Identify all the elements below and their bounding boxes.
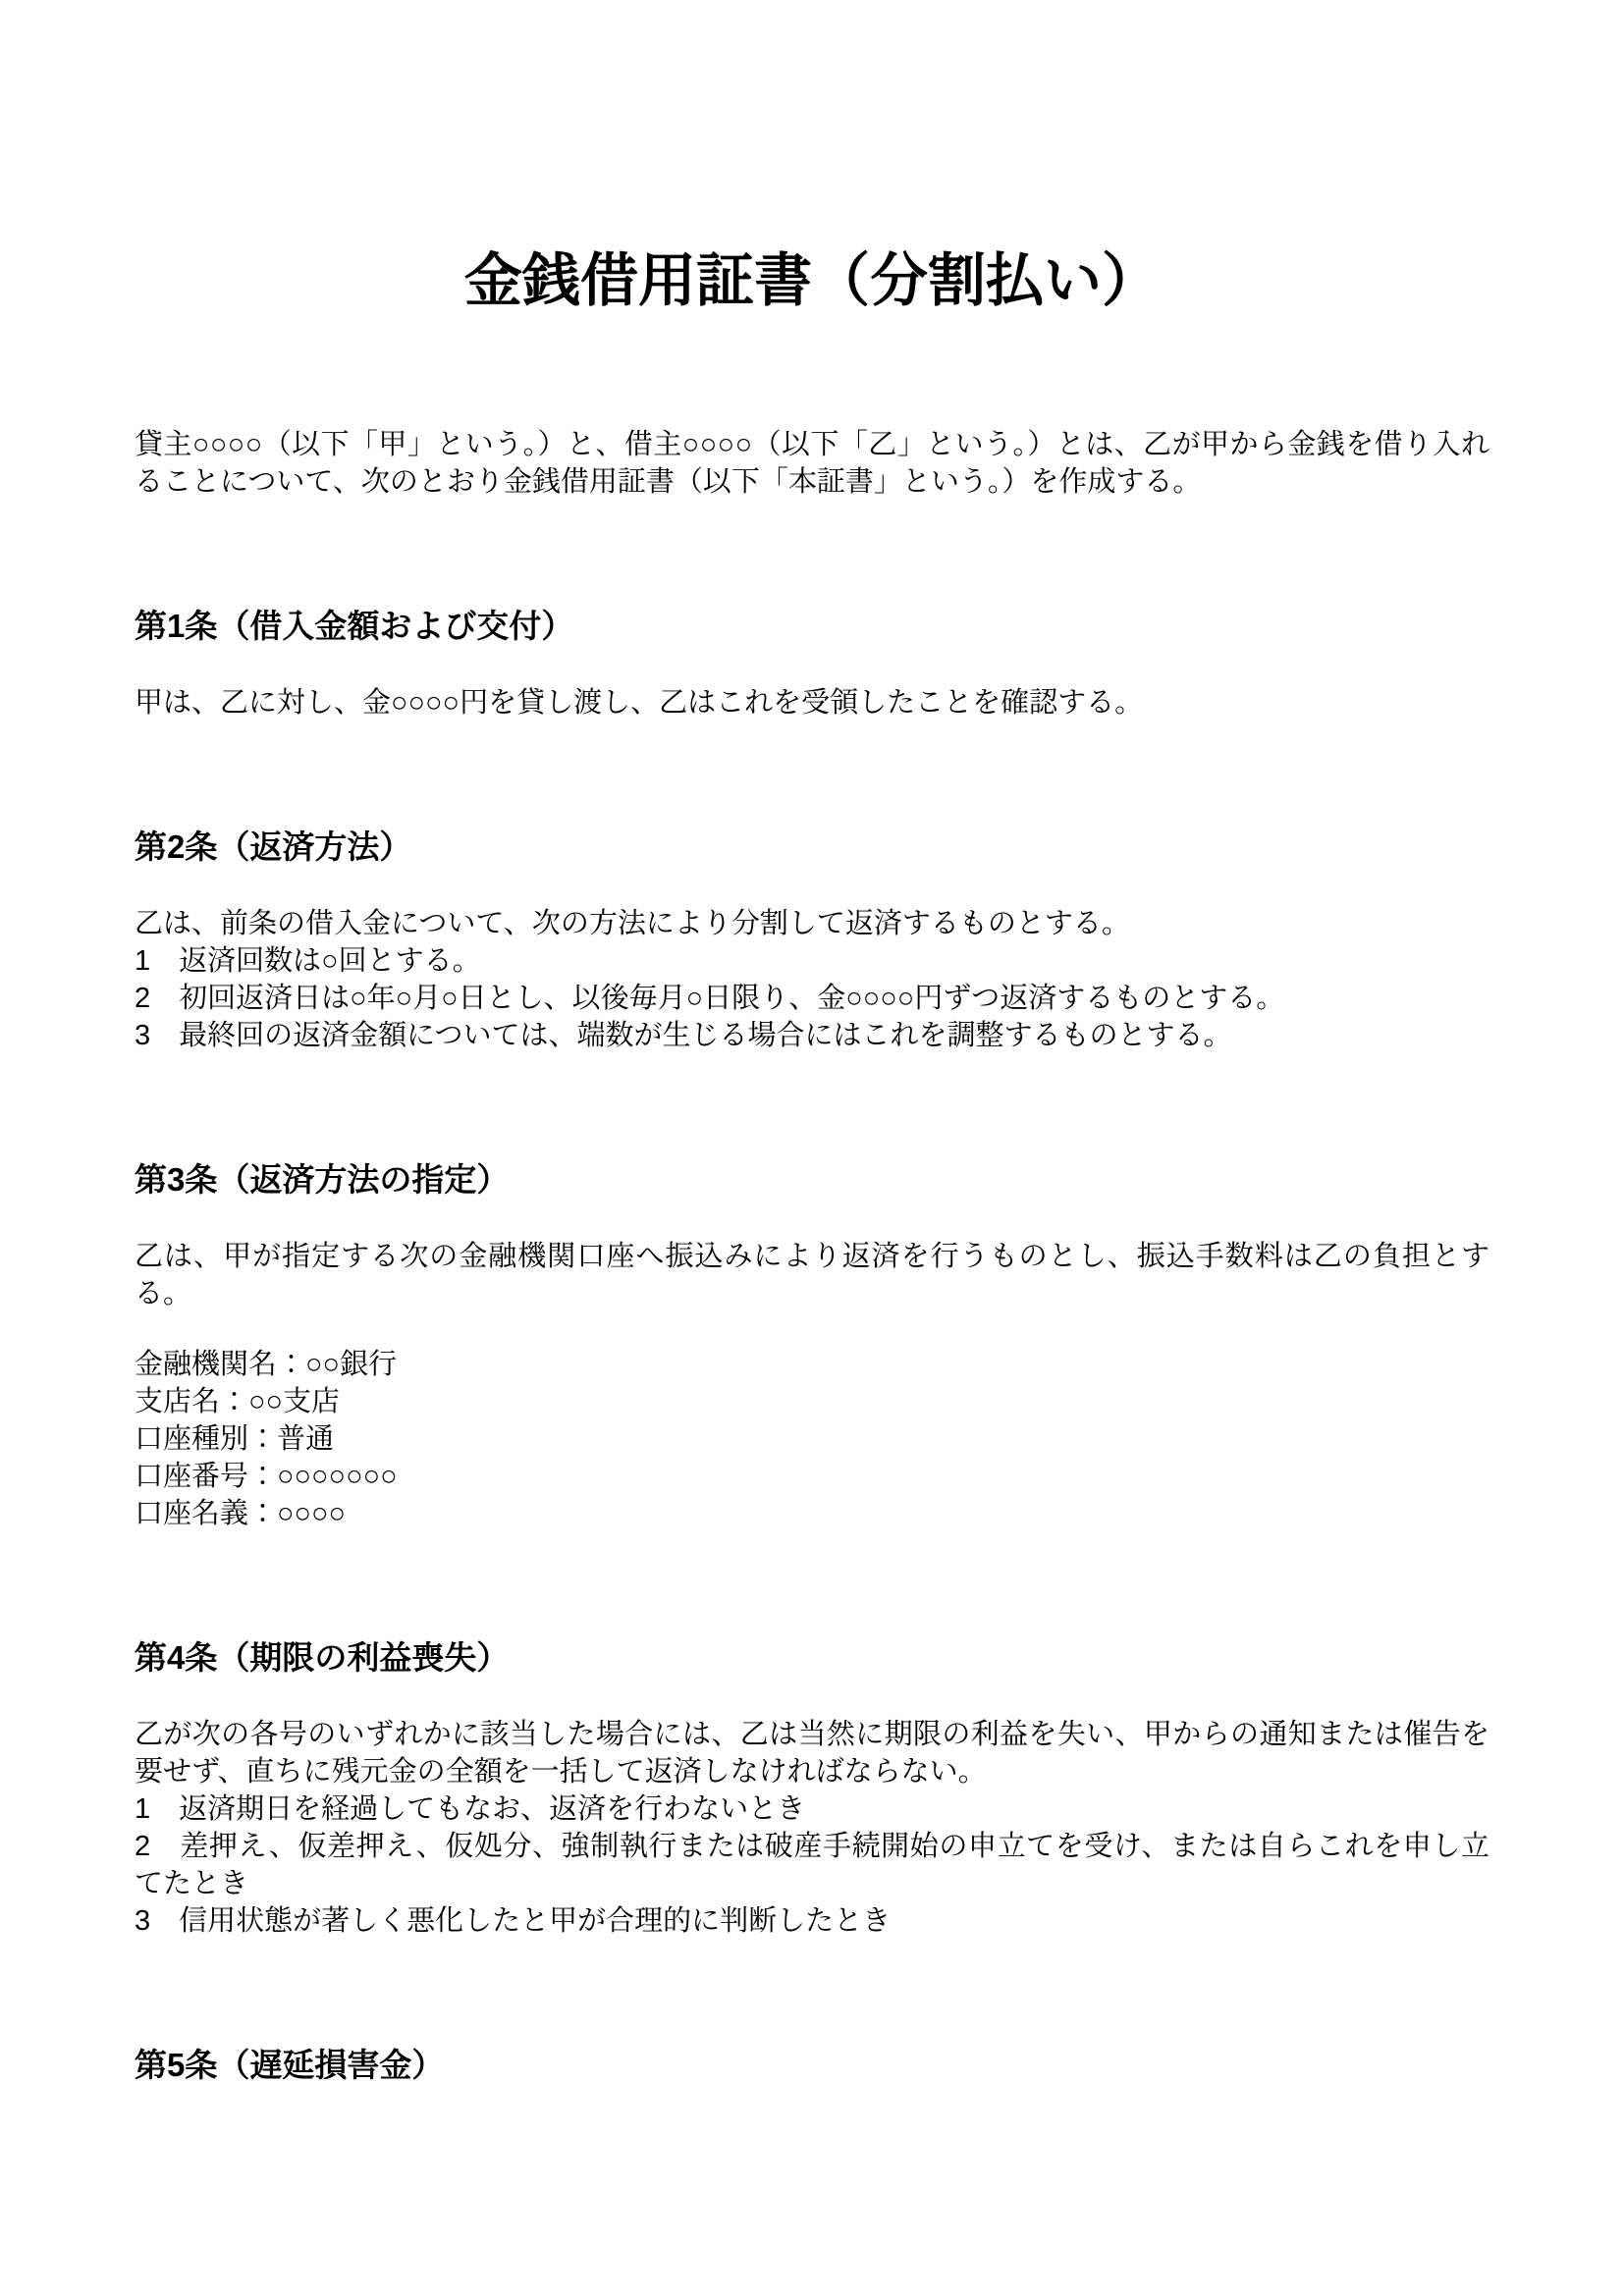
article-1-body: 甲は、乙に対し、金○○○○円を貸し渡し、乙はこれを受領したことを確認する。 [135, 684, 1489, 721]
bank-account-block: 金融機関名：○○銀行 支店名：○○支店 口座種別：普通 口座番号：○○○○○○○… [135, 1346, 1489, 1532]
article-4-item-2: 2 差押え、仮差押え、仮処分、強制執行または破産手続開始の申立てを受け、または自… [135, 1828, 1489, 1902]
article-3: 第3条（返済方法の指定） 乙は、甲が指定する次の金融機関口座へ振込みにより返済を… [135, 1158, 1489, 1532]
intro-paragraph: 貸主○○○○（以下「甲」という。）と、借主○○○○（以下「乙」という。）とは、乙… [135, 426, 1489, 501]
article-5: 第5条（遅延損害金） [135, 2044, 1489, 2087]
article-2-body: 乙は、前条の借入金について、次の方法により分割して返済するものとする。 [135, 905, 1489, 942]
article-2-item-1: 1 返済回数は○回とする。 [135, 942, 1489, 980]
article-1: 第1条（借入金額および交付） 甲は、乙に対し、金○○○○円を貸し渡し、乙はこれを… [135, 605, 1489, 721]
article-2-items: 1 返済回数は○回とする。 2 初回返済日は○年○月○日とし、以後毎月○日限り、… [135, 942, 1489, 1054]
article-2: 第2条（返済方法） 乙は、前条の借入金について、次の方法により分割して返済するも… [135, 826, 1489, 1054]
article-2-item-3: 3 最終回の返済金額については、端数が生じる場合にはこれを調整するものとする。 [135, 1017, 1489, 1054]
branch-name-line: 支店名：○○支店 [135, 1383, 1489, 1420]
account-type-line: 口座種別：普通 [135, 1420, 1489, 1458]
document-page: 金銭借用証書（分割払い） 貸主○○○○（以下「甲」という。）と、借主○○○○（以… [0, 0, 1624, 2296]
article-4: 第4条（期限の利益喪失） 乙が次の各号のいずれかに該当した場合には、乙は当然に期… [135, 1636, 1489, 1940]
article-4-body: 乙が次の各号のいずれかに該当した場合には、乙は当然に期限の利益を失い、甲からの通… [135, 1716, 1489, 1790]
article-4-item-1: 1 返済期日を経過してもなお、返済を行わないとき [135, 1790, 1489, 1828]
article-3-body: 乙は、甲が指定する次の金融機関口座へ振込みにより返済を行うものとし、振込手数料は… [135, 1238, 1489, 1312]
article-4-heading: 第4条（期限の利益喪失） [135, 1636, 1489, 1680]
article-3-heading: 第3条（返済方法の指定） [135, 1158, 1489, 1201]
account-holder-line: 口座名義：○○○○ [135, 1495, 1489, 1532]
article-4-item-3: 3 信用状態が著しく悪化したと甲が合理的に判断したとき [135, 1902, 1489, 1940]
article-1-heading: 第1条（借入金額および交付） [135, 605, 1489, 648]
article-2-item-2: 2 初回返済日は○年○月○日とし、以後毎月○日限り、金○○○○円ずつ返済するもの… [135, 980, 1489, 1017]
bank-name-line: 金融機関名：○○銀行 [135, 1346, 1489, 1383]
article-5-heading: 第5条（遅延損害金） [135, 2044, 1489, 2087]
document-title: 金銭借用証書（分割払い） [135, 245, 1489, 316]
article-2-heading: 第2条（返済方法） [135, 826, 1489, 869]
account-number-line: 口座番号：○○○○○○○ [135, 1458, 1489, 1495]
article-4-items: 1 返済期日を経過してもなお、返済を行わないとき 2 差押え、仮差押え、仮処分、… [135, 1790, 1489, 1940]
